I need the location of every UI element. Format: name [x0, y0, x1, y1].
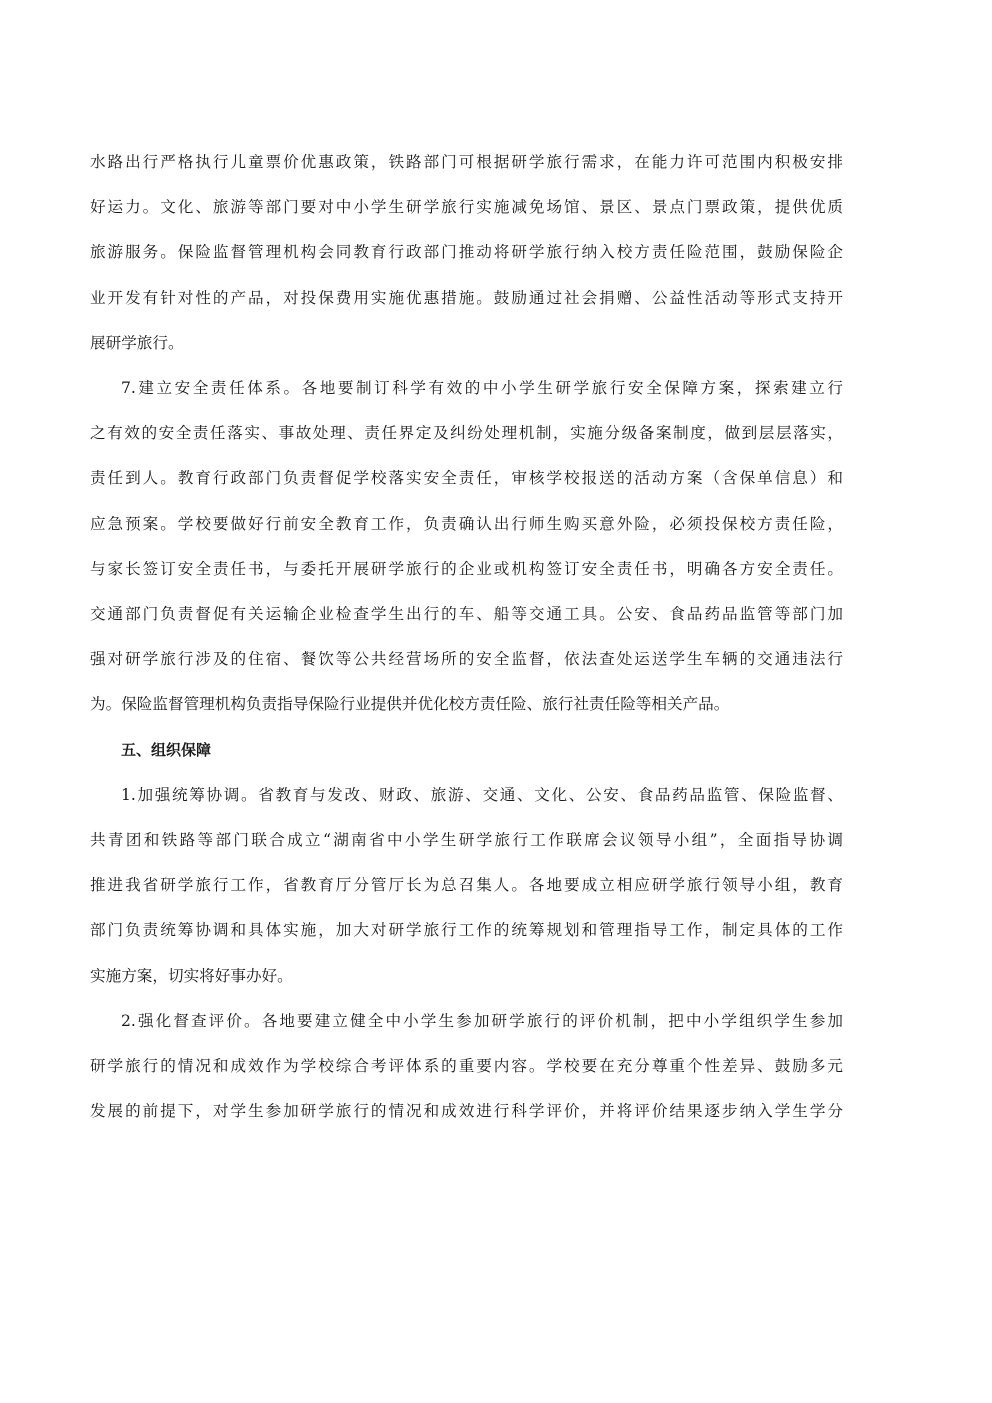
text-line: 发展的前提下，对学生参加研学旅行的情况和成效进行科学评价，并将评价结果逐步纳入学… — [90, 1089, 843, 1134]
text-line: 实施方案，切实将好事办好。 — [90, 954, 843, 999]
text-line: 共青团和铁路等部门联合成立“湖南省中小学生研学旅行工作联席会议领导小组”，全面指… — [90, 818, 843, 863]
text-line-first: 1.加强统筹协调。省教育与发改、财政、旅游、交通、文化、公安、食品药品监管、保险… — [90, 773, 843, 818]
text-line: 业开发有针对性的产品，对投保费用实施优惠措施。鼓励通过社会捐赠、公益性活动等形式… — [90, 276, 843, 321]
text-line: 应急预案。学校要做好行前安全教育工作，负责确认出行师生购买意外险，必须投保校方责… — [90, 502, 843, 547]
text-line-first: 2.强化督查评价。各地要建立健全中小学生参加研学旅行的评价机制，把中小学组织学生… — [90, 999, 843, 1044]
text-line: 与家长签订安全责任书，与委托开展研学旅行的企业或机构签订安全责任书，明确各方安全… — [90, 547, 843, 592]
document-page: 水路出行严格执行儿童票价优惠政策，铁路部门可根据研学旅行需求，在能力许可范围内积… — [90, 140, 843, 1134]
text-line: 强对研学旅行涉及的住宿、餐饮等公共经营场所的安全监督，依法查处运送学生车辆的交通… — [90, 637, 843, 682]
item-lead-title: 7.建立安全责任体系。 — [121, 379, 302, 397]
paragraph-1-coordination: 1.加强统筹协调。省教育与发改、财政、旅游、交通、文化、公安、食品药品监管、保险… — [90, 773, 843, 999]
text-fragment: 各地要建立健全中小学生参加研学旅行的评价机制，把中小学组织学生参加 — [262, 1012, 843, 1030]
text-fragment: 各地要制订科学有效的中小学生研学旅行安全保障方案，探索建立行 — [302, 379, 843, 397]
text-line: 研学旅行的情况和成效作为学校综合考评体系的重要内容。学校要在充分尊重个性差异、鼓… — [90, 1044, 843, 1089]
text-line: 展研学旅行。 — [90, 321, 843, 366]
text-line: 责任到人。教育行政部门负责督促学校落实安全责任，审核学校报送的活动方案（含保单信… — [90, 456, 843, 501]
paragraph-transport-policies: 水路出行严格执行儿童票价优惠政策，铁路部门可根据研学旅行需求，在能力许可范围内积… — [90, 140, 843, 366]
text-line: 交通部门负责督促有关运输企业检查学生出行的车、船等交通工具。公安、食品药品监管等… — [90, 592, 843, 637]
text-fragment: 省教育与发改、财政、旅游、交通、文化、公安、食品药品监管、保险监督、 — [258, 786, 843, 804]
text-line: 水路出行严格执行儿童票价优惠政策，铁路部门可根据研学旅行需求，在能力许可范围内积… — [90, 140, 843, 185]
section-heading-organization: 五、组织保障 — [90, 728, 843, 773]
text-line: 部门负责统筹协调和具体实施，加大对研学旅行工作的统筹规划和管理指导工作，制定具体… — [90, 908, 843, 953]
text-line: 之有效的安全责任落实、事故处理、责任界定及纠纷处理机制，实施分级备案制度，做到层… — [90, 411, 843, 456]
text-line: 推进我省研学旅行工作，省教育厅分管厅长为总召集人。各地要成立相应研学旅行领导小组… — [90, 863, 843, 908]
paragraph-2-evaluation: 2.强化督查评价。各地要建立健全中小学生参加研学旅行的评价机制，把中小学组织学生… — [90, 999, 843, 1135]
text-line: 旅游服务。保险监督管理机构会同教育行政部门推动将研学旅行纳入校方责任险范围，鼓励… — [90, 230, 843, 275]
paragraph-7-safety-responsibility: 7.建立安全责任体系。各地要制订科学有效的中小学生研学旅行安全保障方案，探索建立… — [90, 366, 843, 728]
item-lead-title: 1.加强统筹协调。 — [121, 786, 258, 804]
text-line-first: 7.建立安全责任体系。各地要制订科学有效的中小学生研学旅行安全保障方案，探索建立… — [90, 366, 843, 411]
text-line: 为。保险监督管理机构负责指导保险行业提供并优化校方责任险、旅行社责任险等相关产品… — [90, 682, 843, 727]
text-line: 好运力。文化、旅游等部门要对中小学生研学旅行实施减免场馆、景区、景点门票政策，提… — [90, 185, 843, 230]
item-lead-title: 2.强化督查评价。 — [121, 1012, 262, 1030]
